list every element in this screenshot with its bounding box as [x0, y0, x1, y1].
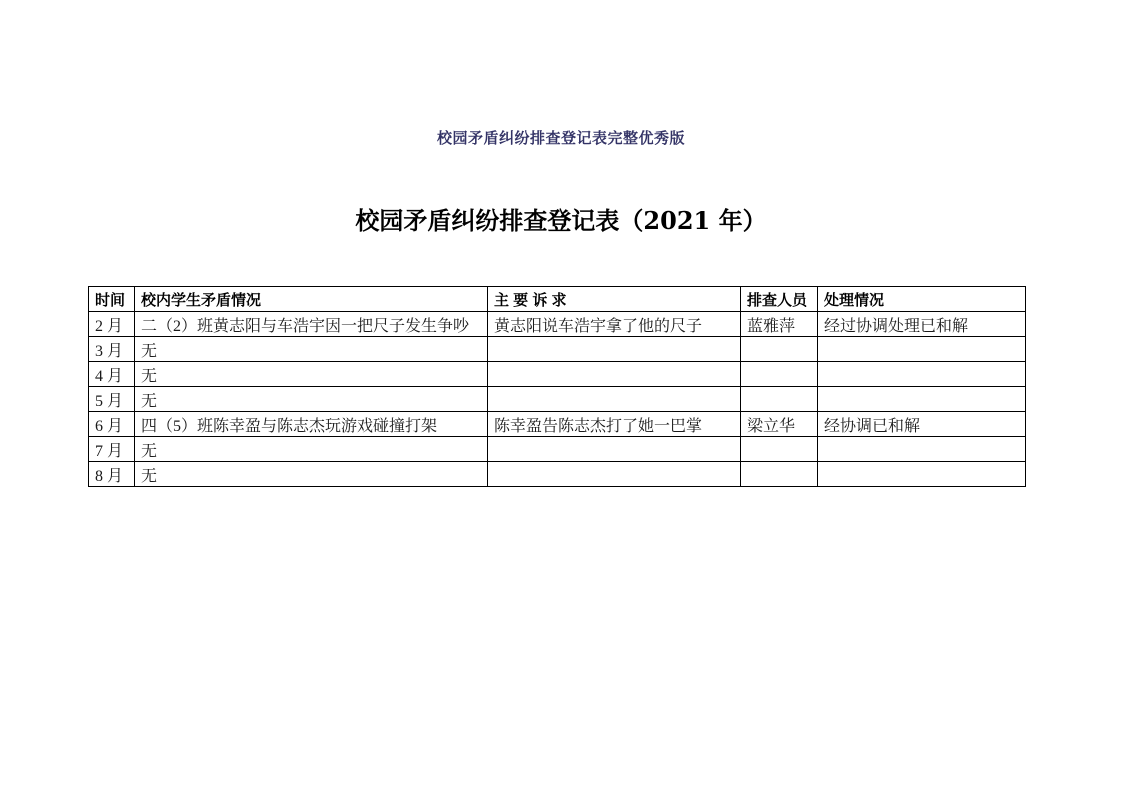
cell-situation: 四（5）班陈幸盈与陈志杰玩游戏碰撞打架	[135, 412, 488, 437]
document-header-note: 校园矛盾纠纷排查登记表完整优秀版	[0, 127, 1122, 148]
cell-time: 2 月	[89, 312, 135, 337]
table-row: 3 月 无	[89, 337, 1026, 362]
cell-inspector	[741, 387, 818, 412]
document-title: 校园矛盾纠纷排查登记表（2021 年）	[0, 201, 1122, 236]
table-row: 4 月 无	[89, 362, 1026, 387]
header-time: 时间	[89, 287, 135, 312]
cell-situation: 无	[135, 462, 488, 487]
header-inspector: 排查人员	[741, 287, 818, 312]
cell-time: 8 月	[89, 462, 135, 487]
cell-handling	[818, 362, 1026, 387]
cell-time: 3 月	[89, 337, 135, 362]
header-situation: 校内学生矛盾情况	[135, 287, 488, 312]
cell-time: 4 月	[89, 362, 135, 387]
cell-inspector	[741, 362, 818, 387]
cell-handling: 经协调已和解	[818, 412, 1026, 437]
cell-handling	[818, 387, 1026, 412]
cell-demand: 陈幸盈告陈志杰打了她一巴掌	[488, 412, 741, 437]
table-row: 5 月 无	[89, 387, 1026, 412]
cell-time: 6 月	[89, 412, 135, 437]
header-handling: 处理情况	[818, 287, 1026, 312]
cell-handling: 经过协调处理已和解	[818, 312, 1026, 337]
cell-situation: 无	[135, 437, 488, 462]
cell-situation: 无	[135, 362, 488, 387]
table-row: 8 月 无	[89, 462, 1026, 487]
cell-demand	[488, 387, 741, 412]
registration-table: 时间 校内学生矛盾情况 主 要 诉 求 排查人员 处理情况 2 月 二（2）班黄…	[88, 286, 1026, 487]
cell-inspector	[741, 462, 818, 487]
cell-handling	[818, 337, 1026, 362]
cell-inspector: 梁立华	[741, 412, 818, 437]
cell-demand	[488, 462, 741, 487]
cell-demand	[488, 362, 741, 387]
table-row: 7 月 无	[89, 437, 1026, 462]
cell-time: 5 月	[89, 387, 135, 412]
cell-handling	[818, 437, 1026, 462]
table-row: 6 月 四（5）班陈幸盈与陈志杰玩游戏碰撞打架 陈幸盈告陈志杰打了她一巴掌 梁立…	[89, 412, 1026, 437]
cell-time: 7 月	[89, 437, 135, 462]
document-page: 校园矛盾纠纷排查登记表完整优秀版 校园矛盾纠纷排查登记表（2021 年） 时间 …	[0, 0, 1122, 793]
cell-situation: 无	[135, 337, 488, 362]
cell-inspector	[741, 337, 818, 362]
table-row: 2 月 二（2）班黄志阳与车浩宇因一把尺子发生争吵 黄志阳说车浩宇拿了他的尺子 …	[89, 312, 1026, 337]
cell-situation: 二（2）班黄志阳与车浩宇因一把尺子发生争吵	[135, 312, 488, 337]
cell-inspector	[741, 437, 818, 462]
header-demand: 主 要 诉 求	[488, 287, 741, 312]
cell-situation: 无	[135, 387, 488, 412]
cell-demand	[488, 337, 741, 362]
cell-demand	[488, 437, 741, 462]
cell-inspector: 蓝雅萍	[741, 312, 818, 337]
table-header-row: 时间 校内学生矛盾情况 主 要 诉 求 排查人员 处理情况	[89, 287, 1026, 312]
cell-handling	[818, 462, 1026, 487]
cell-demand: 黄志阳说车浩宇拿了他的尺子	[488, 312, 741, 337]
